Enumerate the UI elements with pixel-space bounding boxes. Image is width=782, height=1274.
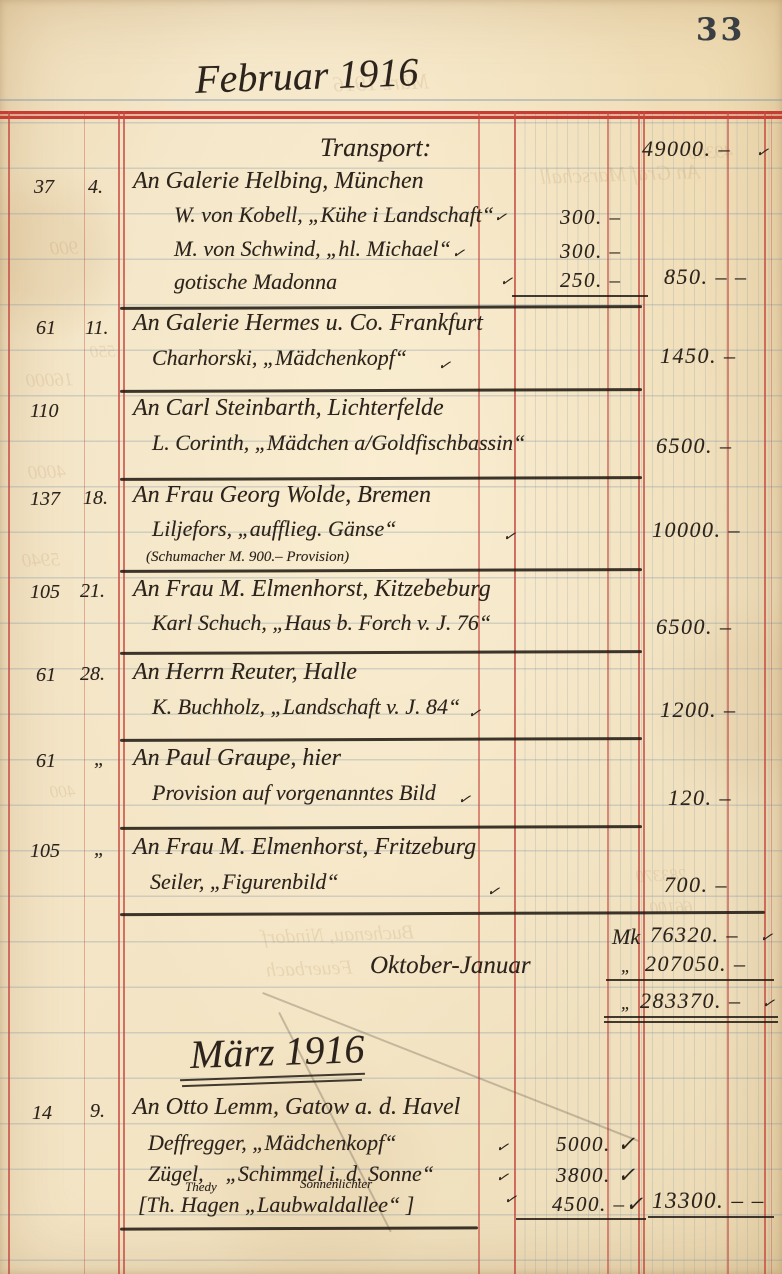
entry-total: 850. – –	[664, 264, 748, 290]
folio-number: 105	[30, 581, 60, 604]
entry-total: 120. –	[668, 785, 732, 811]
amount-underline	[512, 295, 648, 297]
red-rule-main-a	[638, 111, 640, 1274]
entry-day: 18.	[83, 487, 108, 510]
folio-number: 110	[30, 400, 59, 423]
entry-day: „	[94, 838, 105, 861]
entry-total: 10000. –	[652, 517, 741, 543]
entry-item: W. von Kobell, „Kühe i Landschaft“	[174, 202, 494, 228]
check-mark: ✓	[494, 1167, 510, 1188]
entry-party: An Frau M. Elmenhorst, Kitzebeburg	[133, 576, 491, 603]
folio-number: 61	[36, 750, 56, 773]
entry-separator	[120, 568, 642, 572]
red-rule-desc-a	[118, 111, 120, 1274]
ghost-text: Feuerbach	[266, 956, 353, 982]
entry-separator	[120, 737, 642, 741]
check-mark: ✓	[466, 703, 482, 724]
entry-item: Karl Schuch, „Haus b. Forch v. J. 76“	[152, 610, 491, 636]
folio-number: 137	[30, 488, 60, 511]
entry-item: K. Buchholz, „Landschaft v. J. 84“	[152, 694, 460, 720]
folio-number: 14	[32, 1102, 52, 1125]
ghost-text: 4000	[28, 461, 67, 484]
summary-amount: 76320. –	[650, 922, 739, 948]
check-mark: ✓	[501, 526, 517, 547]
ghost-text: 550	[90, 342, 116, 363]
header-rule	[0, 99, 782, 101]
folio-number: 105	[30, 840, 60, 863]
check-mark: ✓	[450, 243, 466, 264]
entry-day: 4.	[88, 176, 103, 199]
entry-total: 700. –	[664, 872, 728, 898]
transport-amount: 49000. –	[642, 136, 731, 162]
entry-total: 1450. –	[660, 343, 737, 369]
entry-separator	[120, 388, 642, 392]
item-amount: 300. –	[560, 205, 622, 230]
entry-day: „	[94, 748, 105, 771]
red-rule-desc-b	[123, 111, 125, 1274]
red-rule-right-b	[771, 111, 772, 1274]
check-mark: ✓	[494, 1137, 510, 1158]
amount-underline	[516, 1218, 646, 1220]
entry-item: Charhorski, „Mädchenkopf“	[152, 345, 407, 371]
ghost-text: 900	[50, 238, 79, 261]
check-mark: ✓	[436, 355, 452, 376]
entry-item: Provision auf vorgenanntes Bild	[152, 780, 436, 806]
entry-day: 11.	[85, 317, 109, 340]
ghost-text: 400	[50, 782, 76, 803]
ditto-mark: „	[621, 956, 631, 977]
entry-day: 28.	[80, 663, 105, 686]
entry-item: Seiler, „Figurenbild“	[150, 869, 339, 895]
entry-item: L. Corinth, „Mädchen a/Goldfischbassin“	[152, 430, 525, 456]
currency-label: Mk	[612, 924, 640, 950]
entry-separator	[120, 476, 642, 480]
summary-double-underline-a	[604, 1016, 778, 1018]
check-mark: ✓	[758, 927, 774, 948]
check-mark: ✓	[456, 789, 472, 810]
entry-item: gotische Madonna	[174, 269, 337, 295]
red-rule-folio	[84, 111, 85, 1274]
ghost-text: Buchenau, Nindorf	[262, 921, 415, 949]
entry-separator	[120, 825, 642, 829]
entry-total: 6500. –	[656, 433, 733, 459]
entry-item: M. von Schwind, „hl. Michael“	[174, 236, 451, 262]
summary-period: Oktober-Januar	[370, 952, 531, 980]
total-underline	[648, 1216, 774, 1218]
entry-day: 9.	[90, 1100, 105, 1123]
entry-party: An Frau M. Elmenhorst, Fritzeburg	[133, 834, 476, 861]
item-amount: 250. –	[560, 268, 622, 293]
check-mark: ✓	[754, 142, 770, 163]
red-rule-left-edge	[8, 111, 10, 1274]
summary-amount: 207050. –	[645, 951, 747, 977]
month-title-maerz: März 1916	[189, 1025, 365, 1078]
check-mark: ✓	[502, 1189, 518, 1210]
summary-double-underline-b	[604, 1021, 778, 1023]
entry-separator	[120, 305, 642, 309]
entry-total: 1200. –	[660, 697, 737, 723]
entry-separator	[120, 650, 642, 654]
check-mark: ✓	[492, 207, 508, 228]
entry-party: An Galerie Helbing, München	[133, 168, 424, 195]
month-title-februar: Februar 1916	[194, 48, 419, 103]
item-amount: 300. –	[560, 239, 622, 264]
entry-party: An Galerie Hermes u. Co. Frankfurt	[133, 310, 483, 337]
ghost-text: 66100	[650, 897, 693, 918]
red-rule-main-b	[643, 111, 645, 1274]
item-superscript: Sonnenlichter	[300, 1176, 372, 1192]
entry-party: An Frau Georg Wolde, Bremen	[133, 482, 431, 509]
entry-total: 13300. – –	[652, 1188, 765, 1214]
item-superscript: Thedy	[185, 1179, 217, 1195]
red-rule-subamount	[514, 111, 516, 1274]
folio-number: 61	[36, 317, 56, 340]
red-rule-right-a	[764, 111, 766, 1274]
ditto-mark: „	[621, 993, 631, 1014]
entry-party: An Carl Steinbarth, Lichterfelde	[133, 395, 444, 422]
item-amount: 4500. –✓	[552, 1192, 645, 1217]
ledger-page: März 1916 An Graf Marschall 49300 900 55…	[0, 0, 782, 1274]
transport-label: Transport:	[320, 133, 431, 163]
red-rule-checkcol	[478, 111, 480, 1274]
folio-number: 61	[36, 664, 56, 687]
entry-item: Deffregger, „Mädchenkopf“	[148, 1130, 396, 1156]
entry-item: Liljefors, „aufflieg. Gänse“	[152, 516, 396, 542]
entry-separator	[120, 1226, 478, 1230]
item-amount: 5000. ✓	[556, 1132, 637, 1157]
entry-note: (Schumacher M. 900.– Provision)	[146, 549, 349, 566]
summary-amount: 283370. –	[640, 988, 742, 1014]
page-number: 33	[696, 12, 745, 48]
ghost-text: 16000	[26, 369, 74, 393]
check-mark: ✓	[760, 993, 776, 1014]
item-amount: 3800. ✓	[556, 1163, 637, 1188]
summary-underline	[606, 979, 774, 981]
entry-party: An Paul Graupe, hier	[133, 745, 341, 772]
folio-number: 37	[34, 176, 54, 199]
entry-total: 6500. –	[656, 614, 733, 640]
ghost-text: 5940	[22, 549, 61, 572]
entry-party: An Herrn Reuter, Halle	[133, 659, 357, 686]
ghost-text: An Graf Marschall	[540, 159, 701, 190]
entry-party: An Otto Lemm, Gatow a. d. Havel	[133, 1094, 460, 1121]
entry-item: [Th. Hagen „Laubwaldallee“ ]	[138, 1192, 414, 1218]
check-mark: ✓	[498, 271, 514, 292]
check-mark: ✓	[485, 881, 501, 902]
entry-day: 21.	[80, 580, 105, 603]
